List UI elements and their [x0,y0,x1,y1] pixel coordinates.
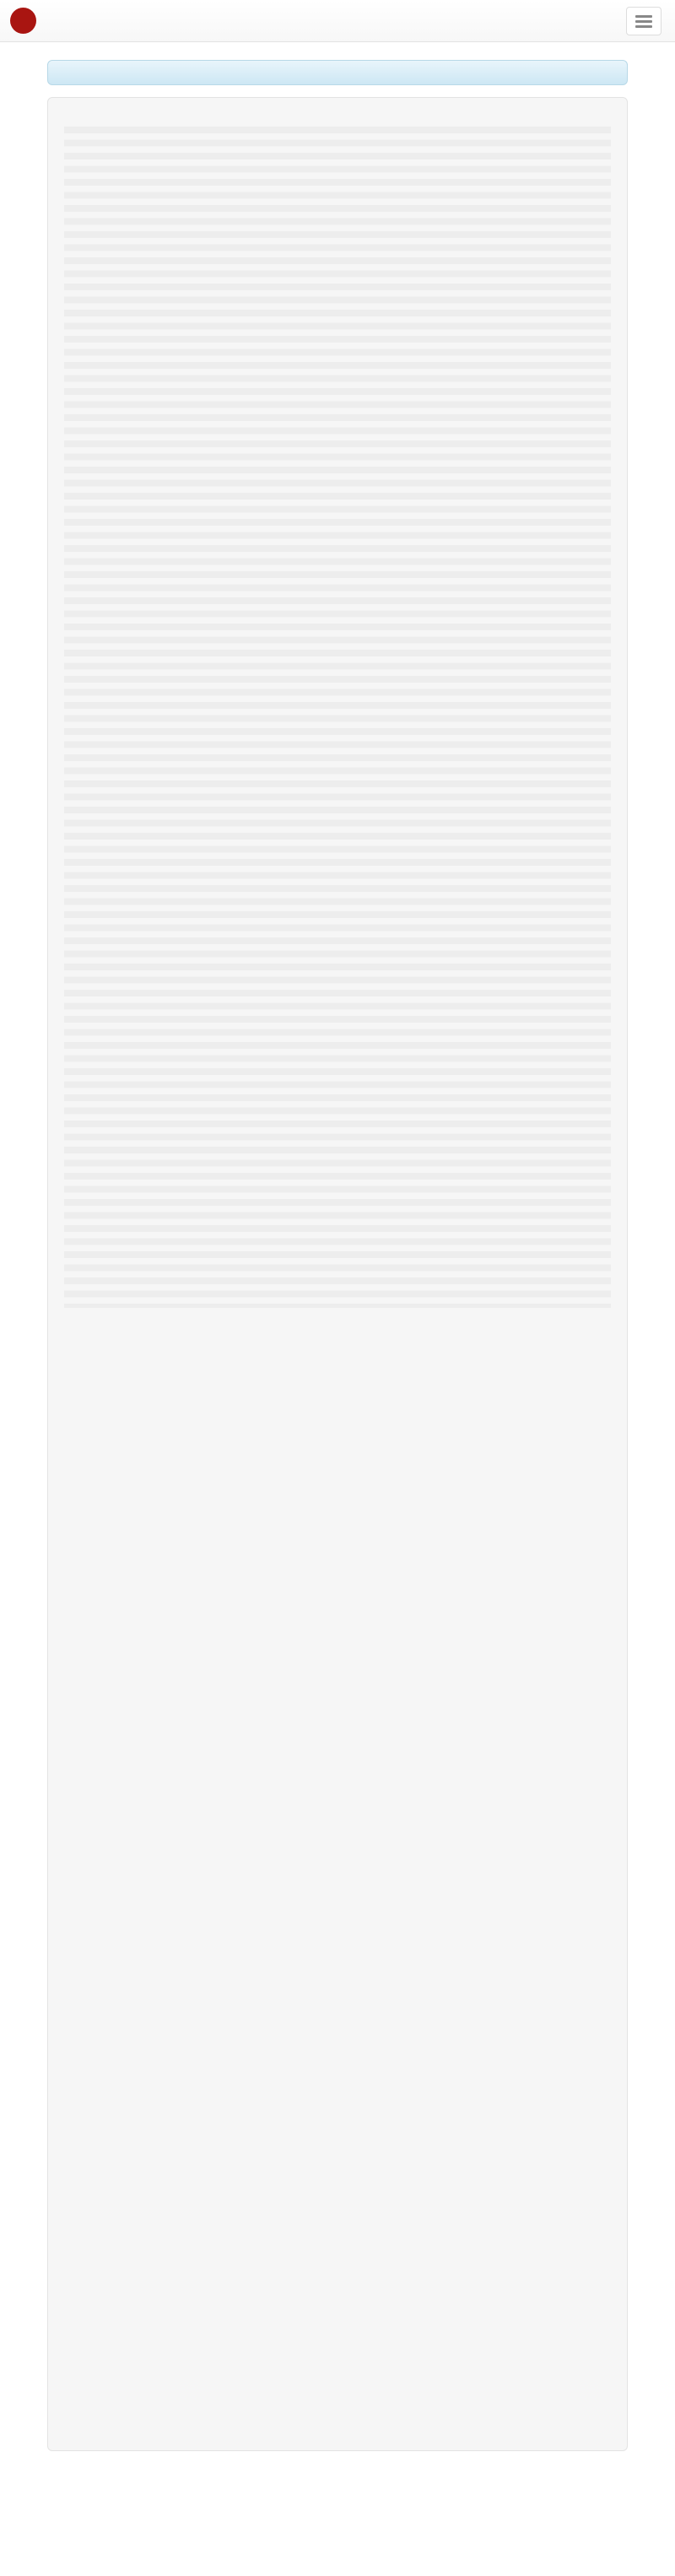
site-logo[interactable] [10,8,36,34]
menu-button[interactable] [626,7,661,35]
hamburger-icon [635,20,652,23]
hamburger-icon [635,25,652,28]
paste-content-panel [47,97,628,2451]
hamburger-icon [635,15,652,18]
page [0,0,675,2512]
footer [47,2473,628,2512]
main-container [47,60,628,2451]
paste-title-alert [47,60,628,85]
redacted-content-block [64,127,611,1308]
navbar [0,0,675,42]
